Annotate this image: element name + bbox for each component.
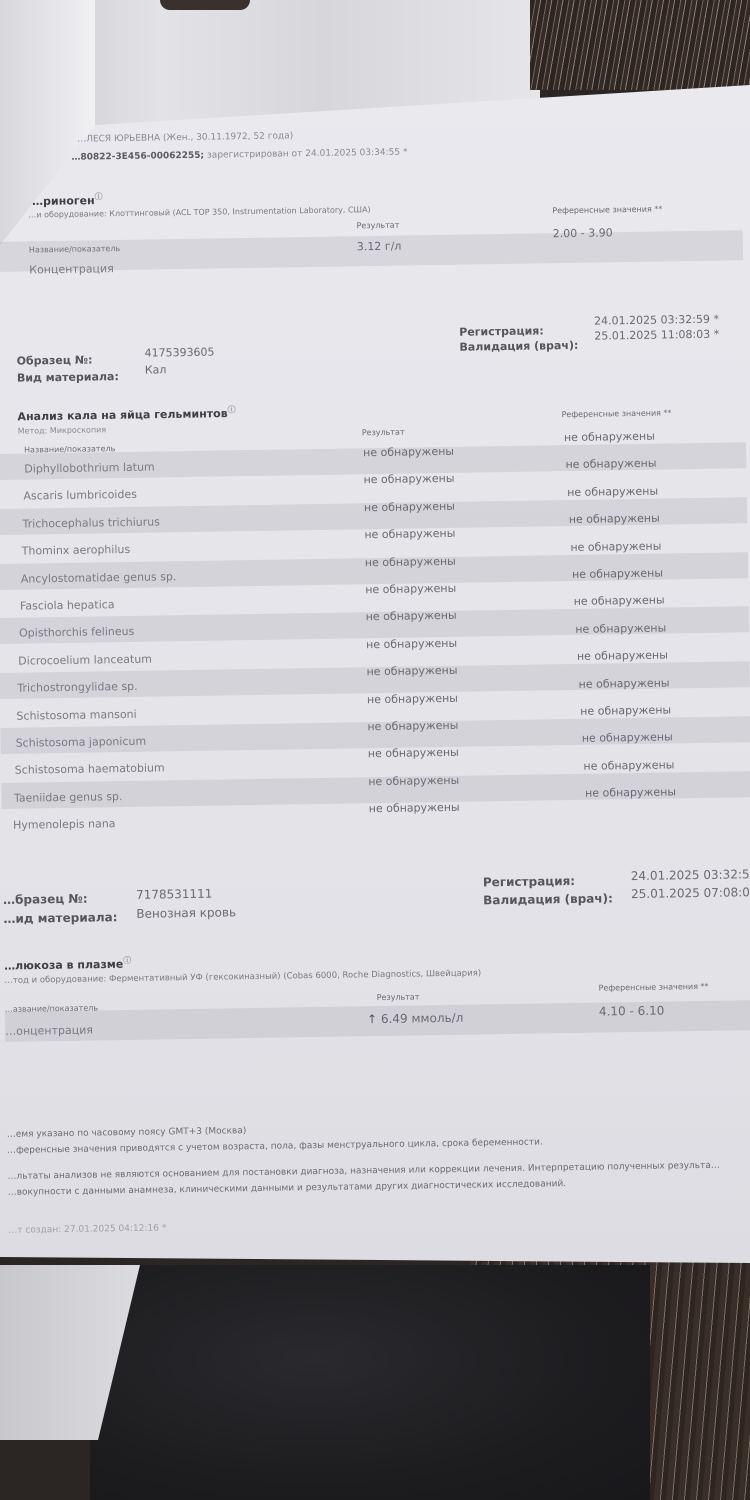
info-circle-icon[interactable]: ⓘ bbox=[95, 192, 103, 201]
helminths-col-result: Результат bbox=[362, 428, 405, 438]
fibrinogen-col-result: Результат bbox=[356, 221, 399, 231]
helminth-reference: не обнаружены bbox=[572, 567, 663, 581]
helminth-name: Schistosoma japonicum bbox=[16, 735, 147, 750]
helminth-name: Taeniidae genus sp. bbox=[14, 790, 123, 805]
helminth-name: Schistosoma mansoni bbox=[16, 707, 136, 722]
glucose-title-text: …люкоза в плазме bbox=[4, 958, 123, 973]
footer-reference-note: …ференсные значения приводятся с учетом … bbox=[7, 1137, 543, 1155]
order-registered: зарегистрирован от 24.01.2025 03:34:55 * bbox=[207, 148, 408, 161]
helminth-result: не обнаружены bbox=[364, 527, 455, 541]
sample1-material-label: Вид материала: bbox=[17, 370, 119, 385]
section-title-fibrinogen: …риногенⓘ bbox=[32, 191, 103, 208]
fibrinogen-row-result: 3.12 г/л bbox=[357, 240, 402, 254]
helminth-name: Thominx aerophilus bbox=[22, 543, 131, 558]
fibrinogen-col-ref: Референсные значения ** bbox=[552, 205, 662, 216]
helminth-reference: не обнаружены bbox=[564, 430, 655, 444]
sample2-validation-label: Валидация (врач): bbox=[483, 891, 613, 907]
helminth-result: не обнаружены bbox=[366, 664, 457, 678]
sample1-registration-label: Регистрация: bbox=[459, 324, 544, 338]
glucose-row-name: …онцентрация bbox=[5, 1024, 93, 1038]
sample2-number-label: …бразец №: bbox=[3, 892, 88, 907]
sample2-number-value: 7178531111 bbox=[136, 887, 213, 902]
glucose-col-ref: Референсные значения ** bbox=[598, 982, 708, 993]
sample1-registration-value: 24.01.2025 03:32:59 * bbox=[594, 313, 719, 328]
footer-disclaimer-line1: …льтаты анализов не являются основанием … bbox=[7, 1161, 720, 1182]
helminth-reference: не обнаружены bbox=[569, 512, 660, 526]
order-id: …80822-3E456-00062255; bbox=[71, 151, 204, 163]
fibrinogen-title-text: …риноген bbox=[32, 194, 95, 208]
lab-report-content: …ЛЕСЯ ЮРЬЕВНА (Жен., 30.11.1972, 52 года… bbox=[0, 0, 750, 1306]
fibrinogen-row-name: Концентрация bbox=[29, 262, 114, 276]
section-title-glucose: …люкоза в плазмеⓘ bbox=[4, 955, 131, 973]
sample1-validation-label: Валидация (врач): bbox=[459, 339, 578, 354]
helminth-result: не обнаружены bbox=[367, 719, 458, 733]
glucose-row: …онцентрация ↑ 6.49 ммоль/л 4.10 - 6.10 bbox=[5, 1000, 750, 1042]
helminth-result: не обнаружены bbox=[363, 472, 454, 486]
sample1-material-value: Кал bbox=[145, 363, 167, 376]
footer-timezone-note: …емя указано по часовому поясу GMT+3 (Мо… bbox=[7, 1126, 247, 1140]
glucose-col-result: Результат bbox=[377, 992, 420, 1002]
info-circle-icon[interactable]: ⓘ bbox=[123, 956, 131, 965]
info-circle-icon[interactable]: ⓘ bbox=[228, 405, 236, 414]
helminth-reference: не обнаружены bbox=[575, 621, 666, 635]
fibrinogen-row-ref: 2.00 - 3.90 bbox=[553, 226, 613, 240]
helminth-name: Opisthorchis felineus bbox=[19, 625, 134, 640]
helminth-name: Diphyllobothrium latum bbox=[24, 461, 155, 476]
sample2-registration-value: 24.01.2025 03:32:5… bbox=[631, 867, 750, 883]
helminth-result: не обнаружены bbox=[363, 445, 454, 459]
helminth-result: не обнаружены bbox=[367, 691, 458, 705]
sample1-number-label: Образец №: bbox=[17, 353, 93, 367]
arrow-up-icon: ↑ bbox=[367, 1012, 377, 1026]
helminth-reference: не обнаружены bbox=[567, 484, 658, 498]
helminth-reference: не обнаружены bbox=[578, 676, 669, 690]
section-title-helminths: Анализ кала на яйца гельминтовⓘ bbox=[17, 404, 235, 423]
helminth-result: не обнаружены bbox=[368, 746, 459, 760]
patient-name-line: …ЛЕСЯ ЮРЬЕВНА (Жен., 30.11.1972, 52 года… bbox=[77, 131, 293, 144]
helminth-name: Ancylostomatidae genus sp. bbox=[21, 570, 177, 585]
sample1-number-value: 4175393605 bbox=[144, 346, 214, 360]
helminth-name: Schistosoma haematobium bbox=[15, 762, 165, 777]
order-line: …80822-3E456-00062255; зарегистрирован о… bbox=[71, 148, 407, 163]
helminth-reference: не обнаружены bbox=[583, 758, 674, 772]
helminth-result: не обнаружены bbox=[369, 801, 460, 815]
fibrinogen-row: Концентрация 3.12 г/л 2.00 - 3.90 bbox=[0, 230, 743, 272]
sample1-validation-value: 25.01.2025 11:08:03 * bbox=[594, 328, 719, 343]
helminths-title-text: Анализ кала на яйца гельминтов bbox=[17, 407, 227, 423]
helminth-result: не обнаружены bbox=[366, 609, 457, 623]
sample2-material-label: …ид материала: bbox=[3, 910, 117, 926]
helminth-reference: не обнаружены bbox=[574, 594, 665, 608]
helminth-result: не обнаружены bbox=[364, 500, 455, 514]
helminth-name: Fasciola hepatica bbox=[20, 598, 115, 612]
helminth-reference: не обнаружены bbox=[585, 786, 676, 800]
footer-disclaimer-line2: …вокупности с данными анамнеза, клиничес… bbox=[8, 1179, 567, 1198]
helminths-col-ref: Референсные значения ** bbox=[561, 408, 671, 419]
sample2-material-value: Венозная кровь bbox=[136, 905, 236, 921]
helminth-reference: не обнаружены bbox=[577, 649, 668, 663]
helminth-name: Trichocephalus trichiurus bbox=[22, 515, 160, 530]
helminth-reference: не обнаружены bbox=[580, 703, 671, 717]
helminth-reference: не обнаружены bbox=[582, 731, 673, 745]
helminths-method: Метод: Микроскопия bbox=[18, 425, 107, 435]
glucose-row-ref: 4.10 - 6.10 bbox=[599, 1004, 665, 1019]
helminth-name: Ascaris lumbricoides bbox=[23, 488, 137, 503]
helminth-name: Hymenolepis nana bbox=[13, 817, 116, 832]
sample2-registration-label: Регистрация: bbox=[483, 874, 575, 889]
helminth-name: Dicrocoelium lanceatum bbox=[18, 652, 152, 667]
footer-created-date: …т создан: 27.01.2025 04:12:16 * bbox=[8, 1223, 166, 1235]
glucose-result-value: 6.49 ммоль/л bbox=[381, 1011, 464, 1026]
glucose-row-result: ↑ 6.49 ммоль/л bbox=[367, 1011, 464, 1027]
helminth-reference: не обнаружены bbox=[570, 539, 661, 553]
helminth-result: не обнаружены bbox=[366, 637, 457, 651]
helminth-name: Trichostrongylidae sp. bbox=[17, 680, 137, 695]
helminth-result: не обнаружены bbox=[368, 774, 459, 788]
sample2-validation-value: 25.01.2025 07:08:0… bbox=[631, 885, 750, 901]
helminth-result: не обнаружены bbox=[365, 582, 456, 596]
helminth-reference: не обнаружены bbox=[565, 457, 656, 471]
helminth-result: не обнаружены bbox=[365, 554, 456, 568]
